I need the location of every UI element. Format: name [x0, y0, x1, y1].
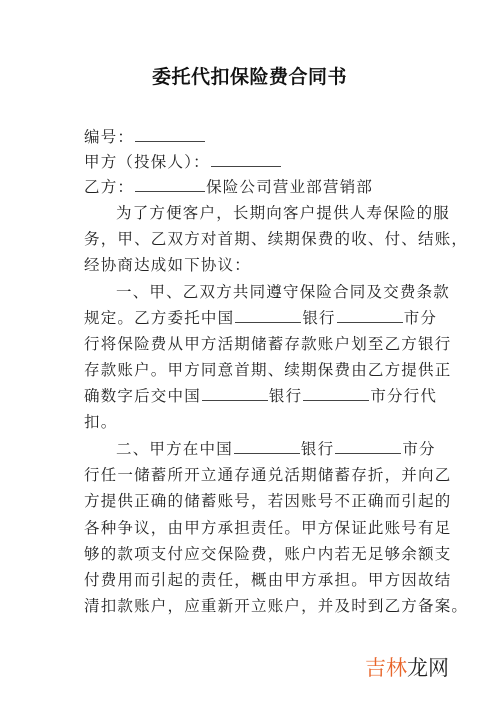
party-a-label: 甲方（投保人）：	[84, 153, 210, 171]
clause1-line: 一、甲、乙双方共同遵守保险合同及交费条款	[116, 279, 466, 305]
number-blank	[135, 126, 205, 142]
text: 确数字后交中国	[84, 387, 201, 405]
party-a-blank	[211, 151, 281, 167]
watermark-accent: 吉林	[365, 656, 407, 680]
text: 银行	[301, 440, 334, 458]
party-a-field: 甲方（投保人）：	[84, 149, 434, 175]
document-title: 委托代扣保险费合同书	[0, 62, 499, 89]
intro-line: 务，甲、乙双方对首期、续期保费的收、付、结账，	[84, 226, 434, 252]
text: 市分	[402, 440, 435, 458]
clause1-line: 规定。乙方委托中国银行市分	[84, 305, 434, 331]
clause1-line: 存款账户。甲方同意首期、续期保费由乙方提供正	[84, 357, 434, 383]
party-b-blank	[135, 176, 205, 192]
text: 二、甲方在中国	[116, 440, 233, 458]
bank-blank	[234, 438, 300, 454]
clause2-line: 方提供正确的储蓄账号，若因账号不正确而引起的	[84, 488, 434, 514]
clause2-line: 二、甲方在中国银行市分	[116, 436, 466, 462]
intro-line: 为了方便客户，长期向客户提供人寿保险的服	[116, 200, 466, 226]
clause2-line: 清扣款账户，应重新开立账户，并及时到乙方备案。	[84, 593, 434, 619]
party-b-label: 乙方：	[84, 178, 134, 196]
bank-blank	[235, 307, 301, 323]
watermark-text: 龙网	[407, 656, 449, 680]
clause2-line: 付费用而引起的责任，概由甲方承担。甲方因故结	[84, 567, 434, 593]
text: 银行	[302, 309, 335, 327]
intro-line: 经协商达成如下协议：	[84, 252, 434, 278]
bank-blank	[202, 385, 268, 401]
clause1-line: 确数字后交中国银行市分行代	[84, 383, 434, 409]
clause2-line: 各种争议，由甲方承担责任。甲方保证此账号有足	[84, 515, 434, 541]
text: 规定。乙方委托中国	[84, 309, 234, 327]
party-b-suffix: 保险公司营业部营销部	[206, 178, 373, 196]
party-b-field: 乙方：保险公司营业部营销部	[84, 174, 434, 200]
clause1-line: 行将保险费从甲方活期储蓄存款账户划至乙方银行	[84, 331, 434, 357]
city-blank	[337, 307, 403, 323]
text: 银行	[269, 387, 302, 405]
clause1-line: 扣。	[84, 409, 434, 435]
city-blank	[303, 385, 369, 401]
text: 市分行代	[370, 387, 437, 405]
clause2-line: 行任一储蓄所开立通存通兑活期储蓄存折，并向乙	[84, 462, 434, 488]
site-watermark: 吉林龙网	[365, 652, 449, 682]
clause2-line: 够的款项支付应交保险费，账户内若无足够余额支	[84, 541, 434, 567]
number-label: 编号：	[84, 128, 134, 146]
city-blank	[335, 438, 401, 454]
text: 市分	[404, 309, 437, 327]
contract-number-field: 编号：	[84, 124, 434, 150]
